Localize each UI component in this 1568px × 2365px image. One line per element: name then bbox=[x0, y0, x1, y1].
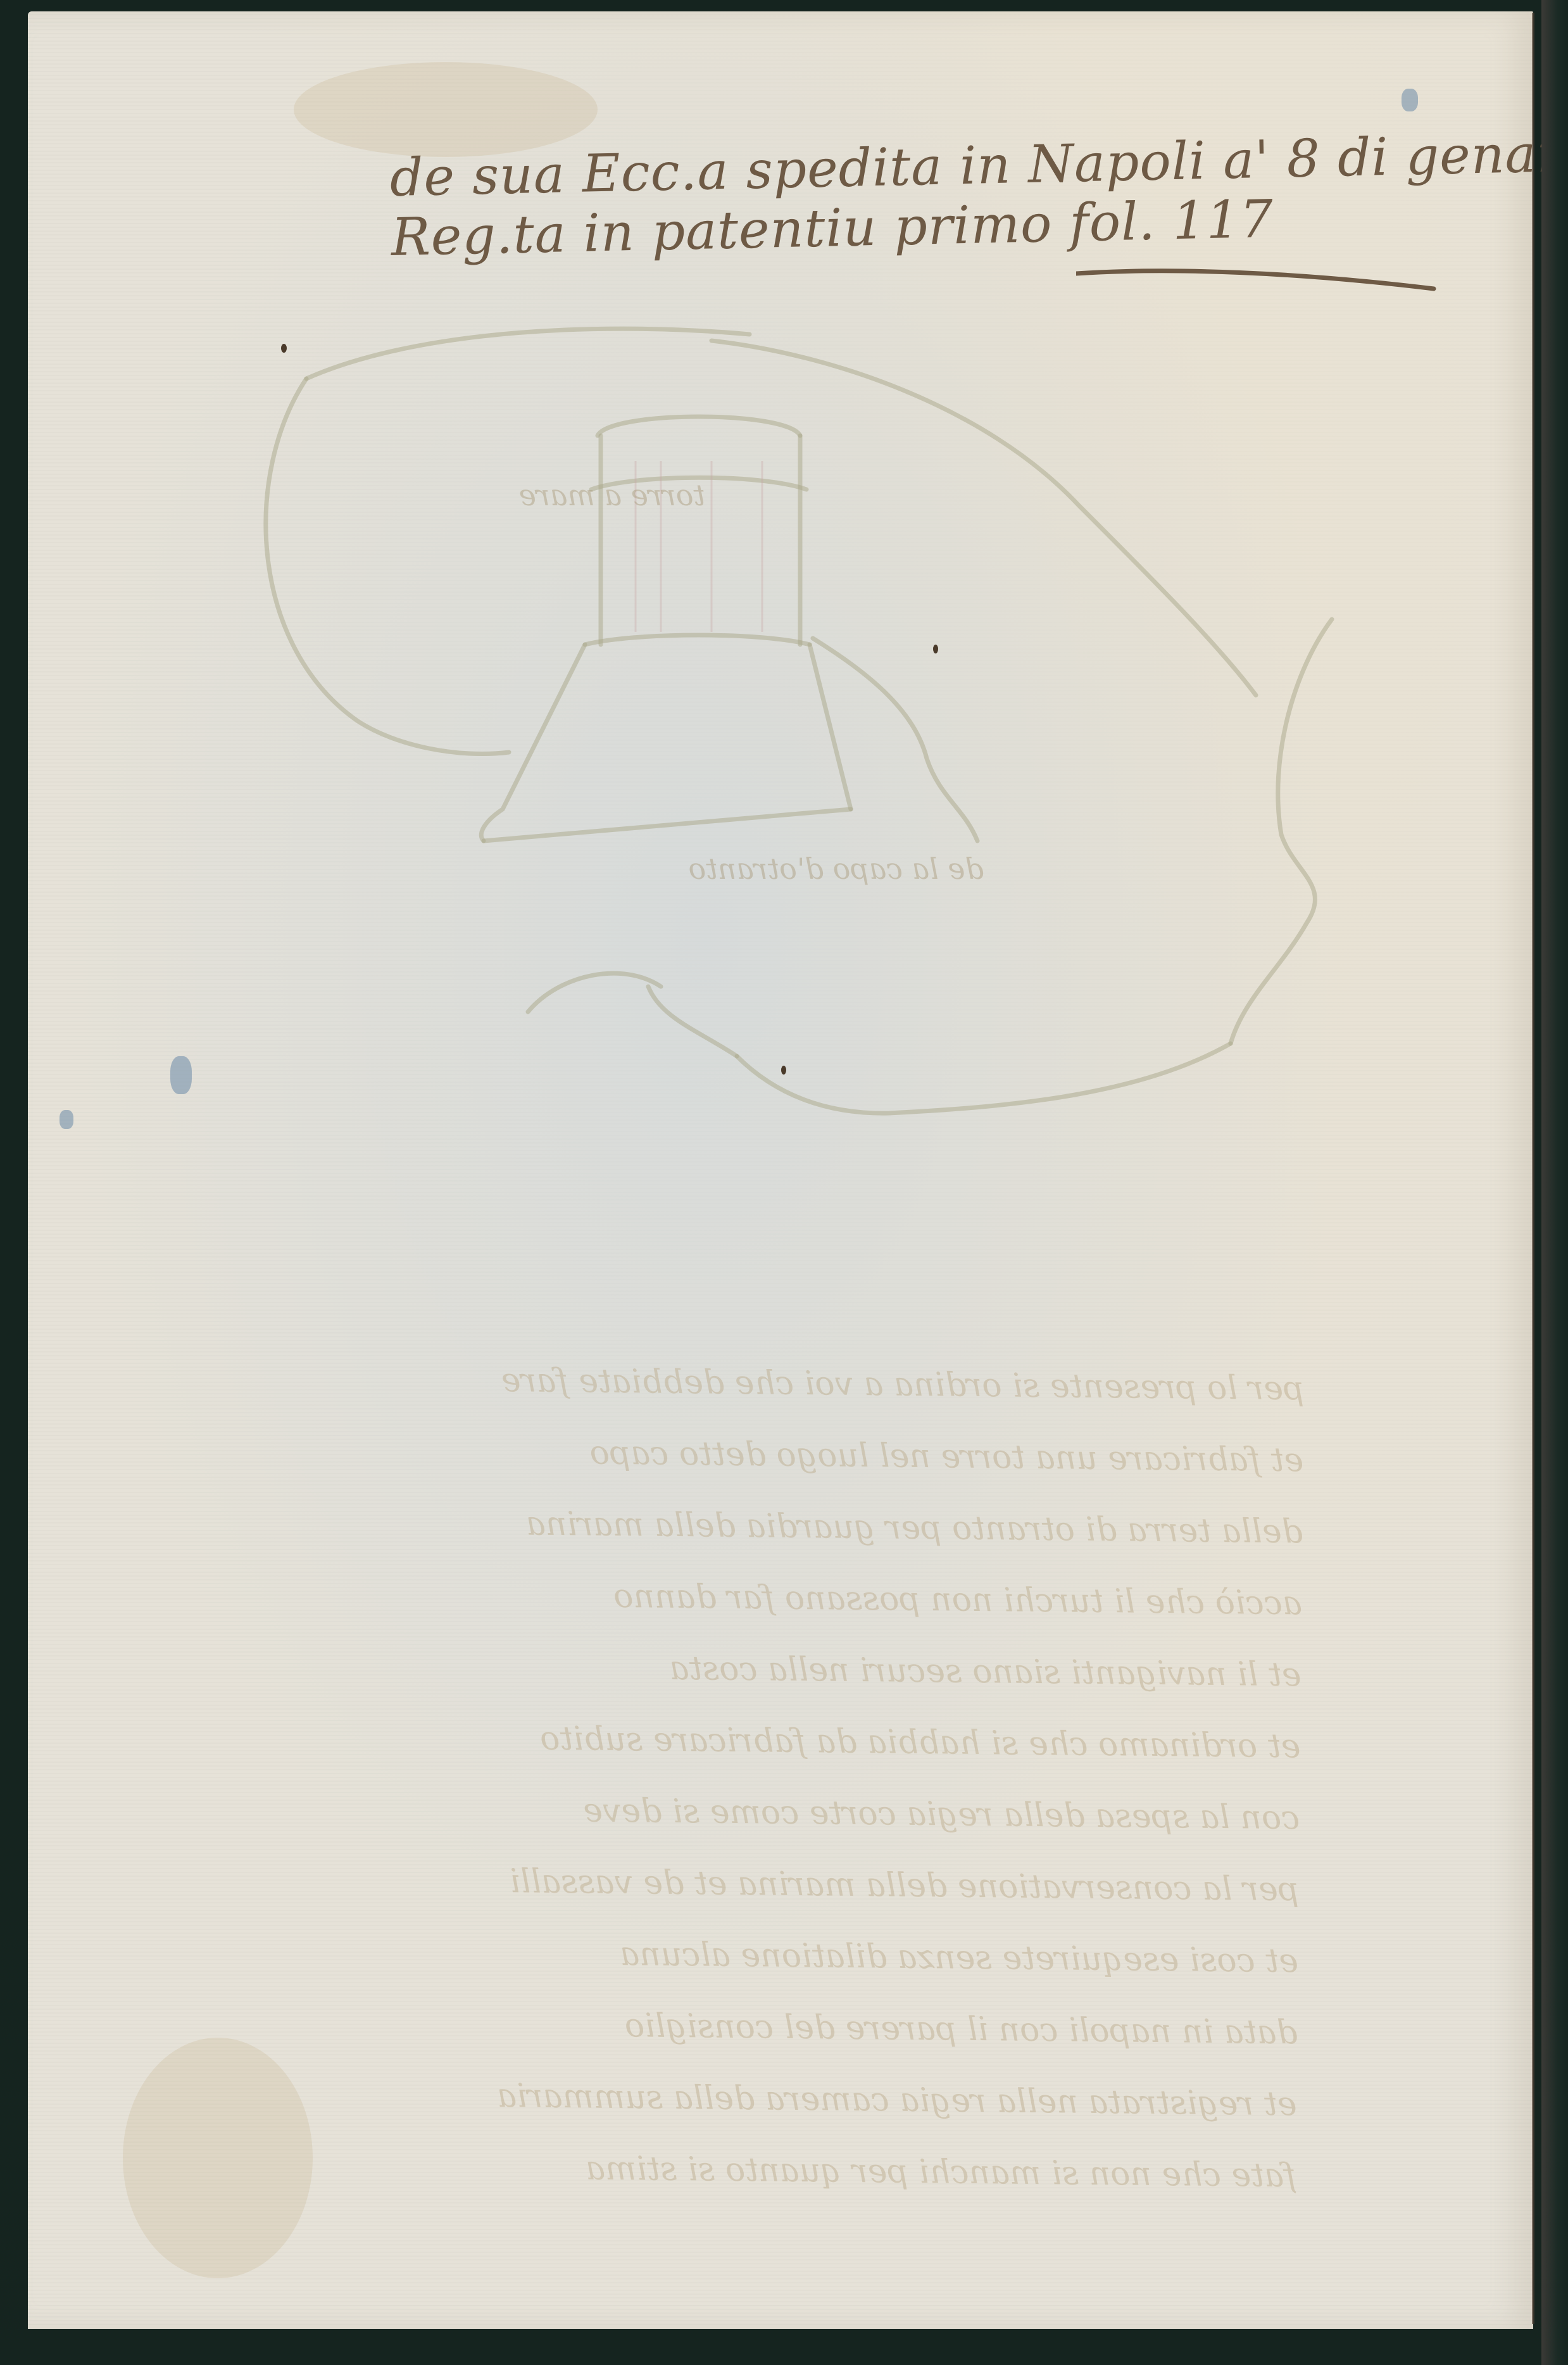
drawing-label: torre a mare bbox=[519, 478, 705, 512]
manuscript-page: torre a mare de la capo d'otranto per lo… bbox=[28, 11, 1533, 2329]
bleed-line: con la spesa della regia corte come si d… bbox=[173, 1771, 1300, 1855]
ink-spot bbox=[933, 645, 938, 653]
bleed-line: fate che non si manchi per quanto si sti… bbox=[169, 2129, 1296, 2212]
binding-strip bbox=[1541, 0, 1568, 2365]
bleed-line: della terra di otranto per guardia della… bbox=[176, 1485, 1303, 1568]
ink-spot bbox=[781, 1066, 786, 1075]
bleed-line: acciò che li turchi non possano far dann… bbox=[175, 1556, 1302, 1640]
drawing-label: de la capo d'otranto bbox=[689, 852, 984, 886]
bleed-line: per lo presente si ordina a voi che debb… bbox=[177, 1342, 1305, 1425]
bleed-line: et li naviganti siano securi nella costa bbox=[174, 1628, 1301, 1712]
bleed-line: per la conservatione della marina et de … bbox=[172, 1843, 1300, 1926]
ink-spot bbox=[170, 1056, 192, 1094]
bleed-line: et registrata nella regia camera della s… bbox=[170, 2057, 1297, 2141]
bleed-line: et ordinamo che si habbia da fabricare s… bbox=[173, 1700, 1301, 1783]
ink-spot bbox=[60, 1110, 73, 1129]
bleed-through-text: per lo presente si ordina a voi che debb… bbox=[169, 1342, 1305, 2212]
bleed-line: et cosi esequirete senza dilatione alcun… bbox=[171, 1914, 1298, 1998]
ink-spot bbox=[281, 344, 287, 353]
bleed-line: et fabricare una torre nel luogo detto c… bbox=[177, 1413, 1304, 1497]
bleed-through-tower-drawing: torre a mare de la capo d'otranto bbox=[256, 315, 1560, 1233]
water-stain bbox=[294, 62, 598, 157]
flourish-underline bbox=[1076, 267, 1437, 293]
binding-edge bbox=[1532, 13, 1534, 2324]
ink-spot bbox=[1402, 89, 1418, 111]
bleed-line: data in napoli con il parere del consigl… bbox=[170, 1986, 1298, 2069]
